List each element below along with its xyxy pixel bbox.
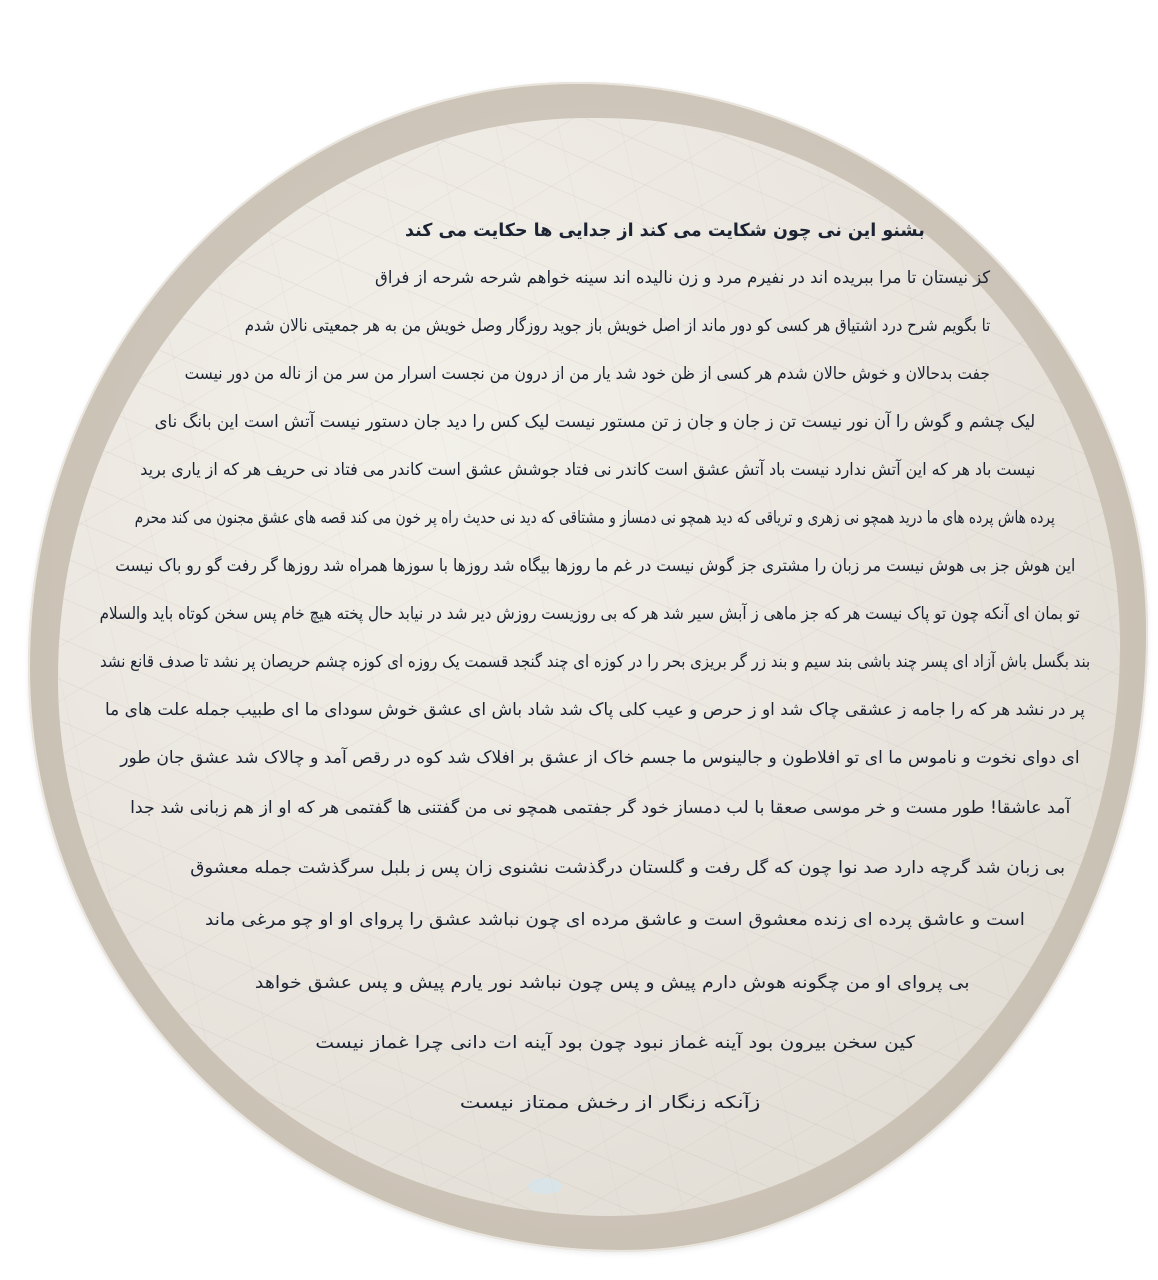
verse-line: بی پروای او من چگونه هوش دارم پیش و پس چ… (255, 975, 970, 992)
verse-line: لیک چشم و گوش را آن نور نیست تن ز جان و … (155, 414, 1036, 431)
verse-line: پرده هاش پرده های ما درید همچو نی زهری و… (135, 510, 1055, 527)
glaze-highlight (528, 1178, 562, 1194)
verse-line: پر در نشد هر که را جامه ز عشقی چاک شد او… (105, 702, 1085, 719)
glaze-highlight (958, 1108, 980, 1120)
verse-line: بند بگسل باش آزاد ای پسر چند باشی بند سی… (100, 654, 1090, 671)
verse-line: بشنو این نی چون شکایت می کند از جدایی ها… (405, 222, 925, 240)
verse-line: نیست باد هر که این آتش ندارد نیست باد آت… (140, 462, 1035, 479)
verse-line: تا بگویم شرح درد اشتیاق هر کسی کو دور ما… (245, 318, 991, 335)
verse-line: این هوش جز بی هوش نیست مر زبان را مشتری … (115, 558, 1075, 575)
verse-line: تو بمان ای آنکه چون تو پاک نیست هر که جز… (100, 606, 1080, 623)
verse-line: زآنکه زنگار از رخش ممتاز نیست (460, 1095, 761, 1112)
verse-line: کز نیستان تا مرا ببریده اند در نفیرم مرد… (375, 270, 990, 287)
verse-line: ای دوای نخوت و ناموس ما ای تو افلاطون و … (120, 750, 1079, 767)
verse-line: بی زبان شد گرچه دارد صد نوا چون که گل رف… (190, 860, 1065, 877)
verse-line: جفت بدحالان و خوش حالان شدم هر کسی از ظن… (185, 366, 990, 383)
verse-line: کین سخن بیرون بود آینه غماز نبود چون بود… (315, 1035, 915, 1052)
glaze-highlight (278, 1128, 304, 1142)
verse-line: است و عاشق پرده ای زنده معشوق است و عاشق… (205, 912, 1025, 929)
glaze-highlight (118, 1078, 158, 1096)
verse-line: آمد عاشقا! طور مست و خر موسی صعقا با لب … (130, 800, 1070, 817)
photo-scene: بشنو این نی چون شکایت می کند از جدایی ها… (0, 0, 1158, 1280)
